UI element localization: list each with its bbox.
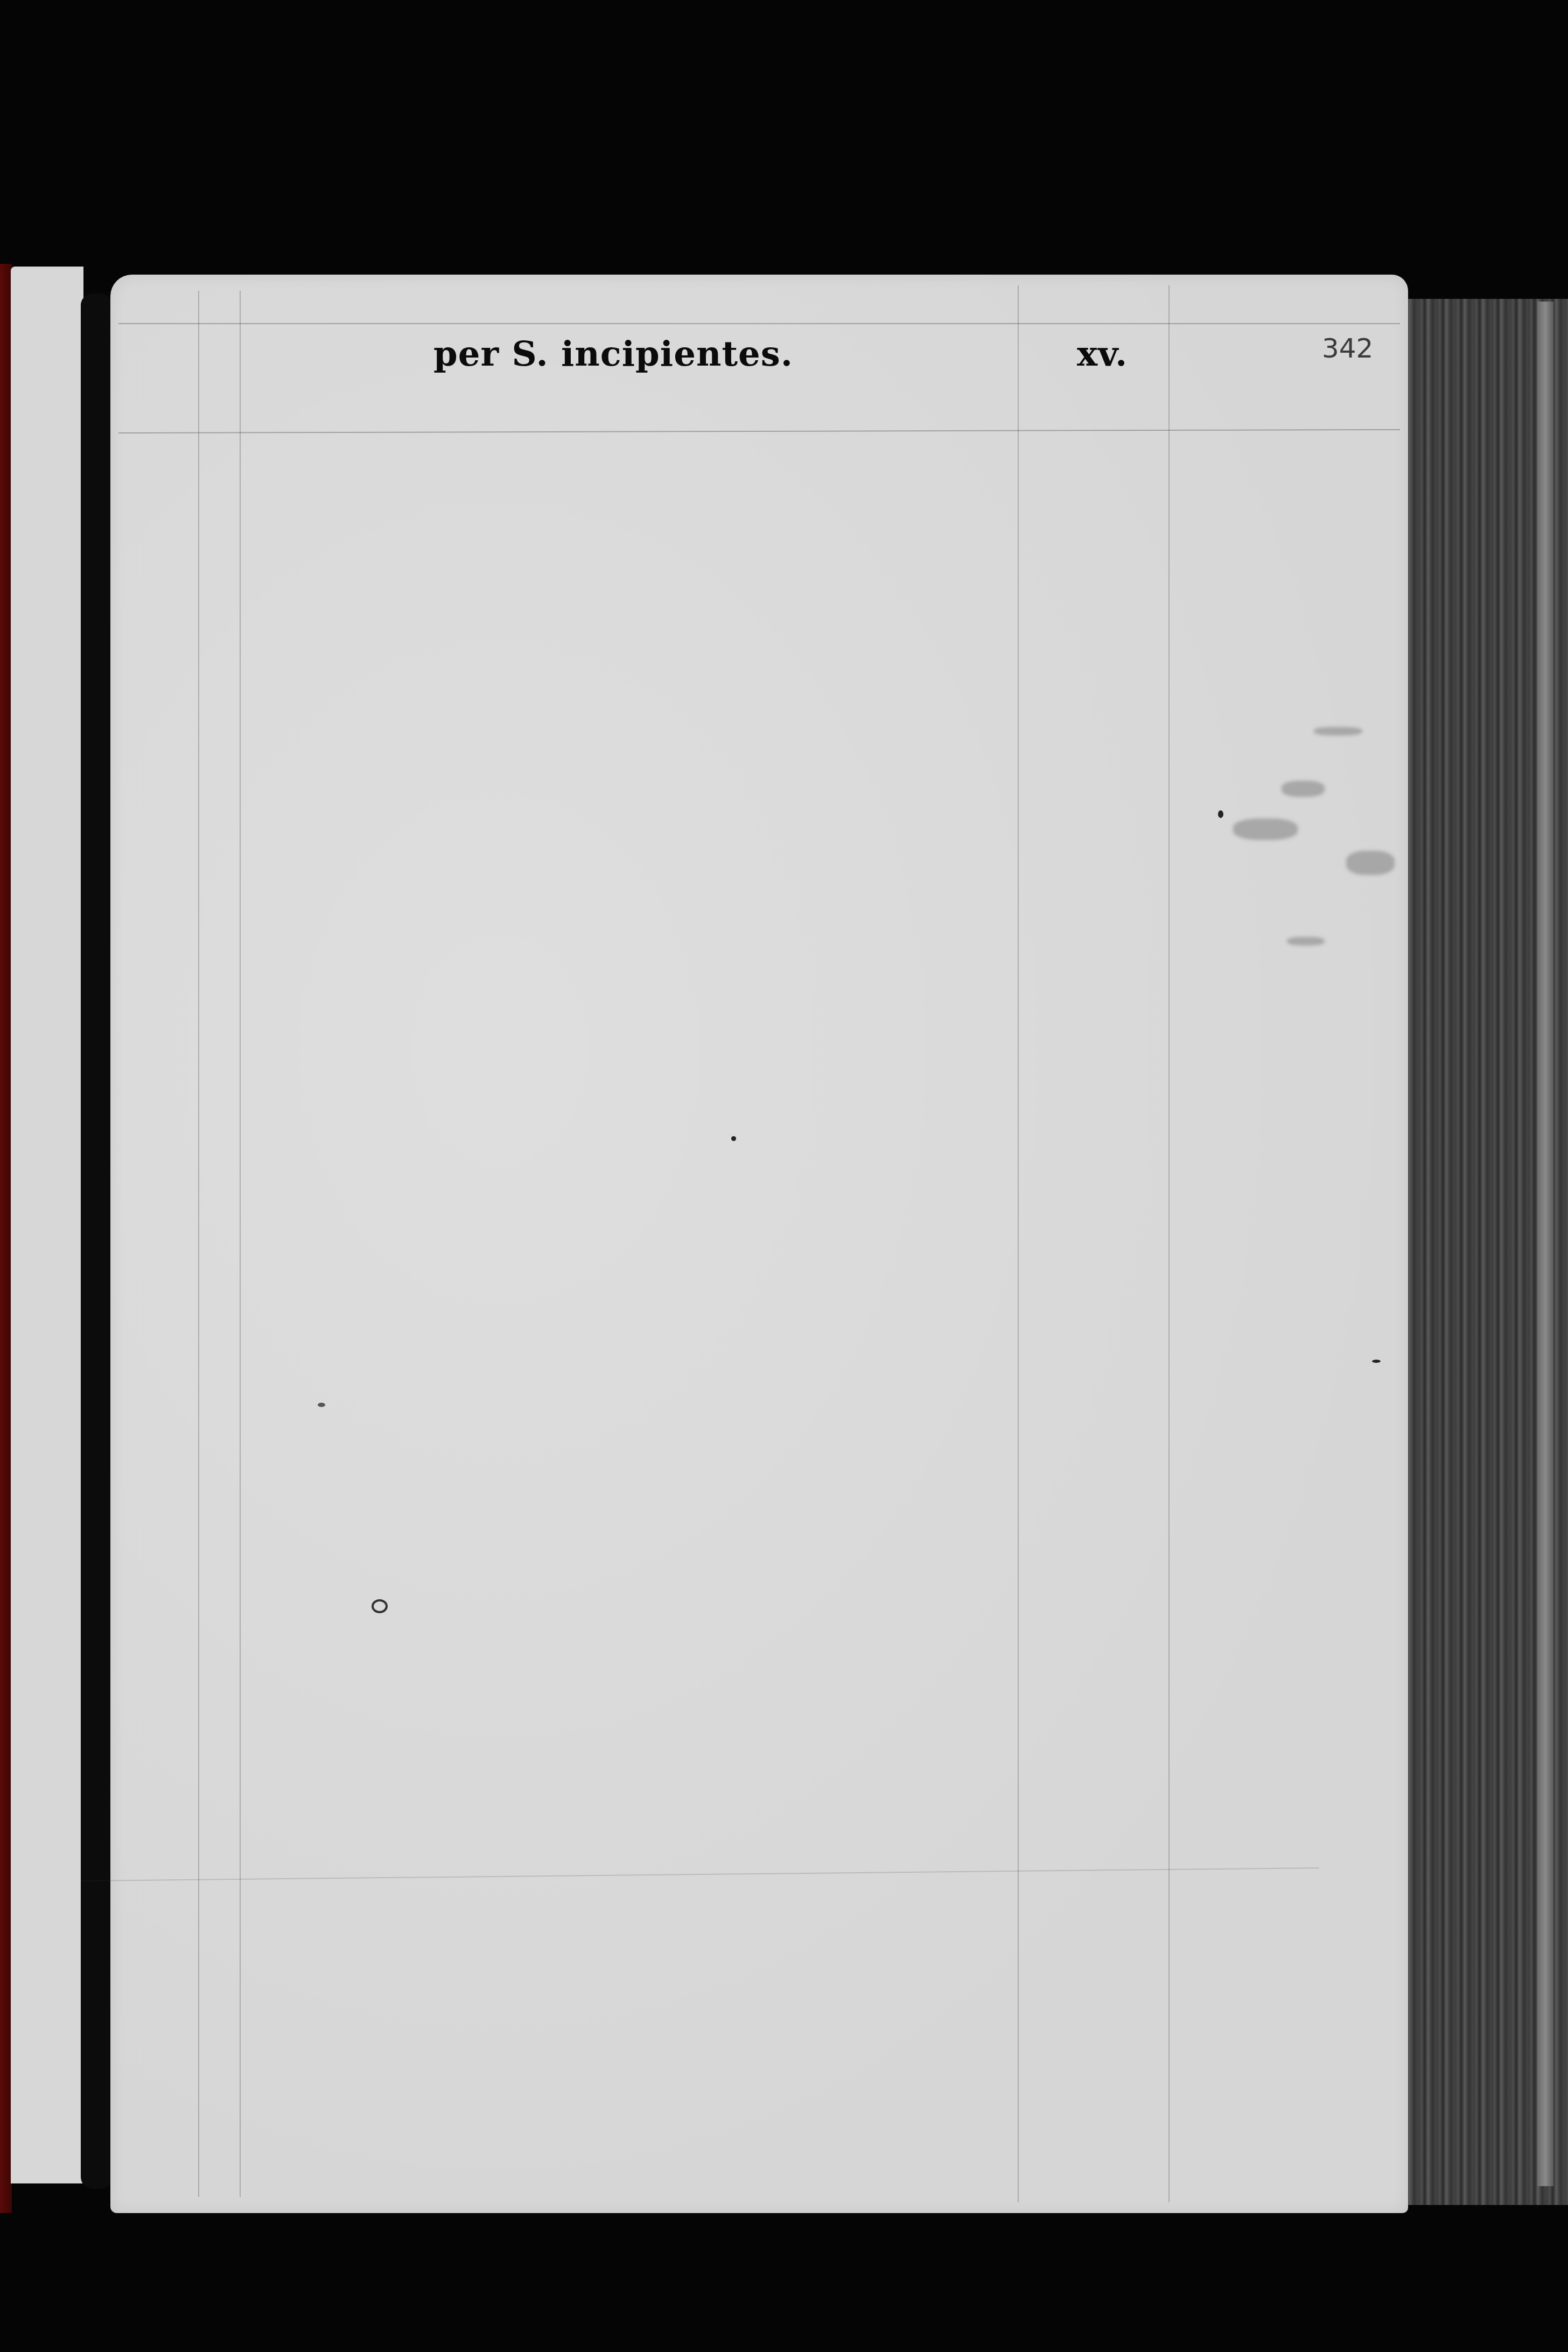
ink-speck bbox=[731, 1136, 736, 1141]
ink-speck bbox=[1372, 1360, 1381, 1363]
chapter-numeral: xv. bbox=[1077, 334, 1128, 374]
ruling-line-column-right bbox=[1018, 285, 1019, 2202]
ink-speck bbox=[372, 1599, 388, 1613]
ink-speck bbox=[318, 1403, 325, 1407]
book-gutter bbox=[81, 293, 112, 2189]
left-page-edge bbox=[11, 267, 83, 2183]
page-stack-highlight bbox=[1537, 302, 1553, 2186]
binding-red-edge bbox=[0, 264, 12, 2213]
margin-smudge bbox=[1287, 937, 1325, 946]
ruling-line-margin-outer bbox=[198, 291, 199, 2197]
margin-smudge bbox=[1233, 818, 1298, 840]
margin-smudge bbox=[1314, 727, 1362, 736]
ruling-line-margin-inner bbox=[240, 291, 241, 2197]
folio-number: 342 bbox=[1322, 333, 1373, 364]
ink-speck bbox=[1218, 810, 1223, 818]
ruling-line-column-outer bbox=[1168, 285, 1170, 2202]
margin-smudge bbox=[1346, 851, 1395, 875]
book-page bbox=[110, 275, 1408, 2213]
margin-smudge bbox=[1282, 781, 1325, 797]
running-header: per S. incipientes. bbox=[433, 334, 793, 374]
ruling-line-top bbox=[118, 323, 1400, 324]
